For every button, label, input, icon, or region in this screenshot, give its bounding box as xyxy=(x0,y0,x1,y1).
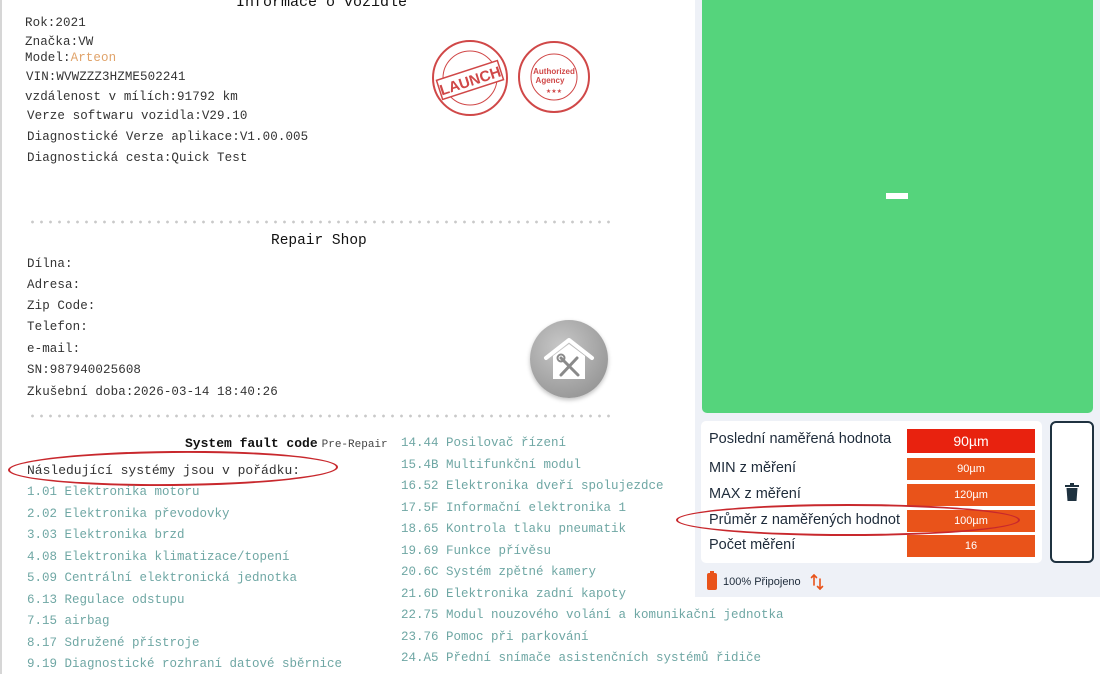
system-list-item: 16.52 Elektronika dveří spolujezdce xyxy=(401,479,664,493)
vehicle-year: Rok:2021 xyxy=(25,16,86,30)
svg-text:Agency: Agency xyxy=(536,76,565,85)
email-field: e-mail: xyxy=(27,342,80,356)
connection-status-text: 100% Připojeno xyxy=(723,576,801,588)
gauge-value-dash xyxy=(886,193,908,199)
house-wrench-icon xyxy=(530,320,608,398)
authorized-agency-icon: Authorized Agency ★★★ xyxy=(520,43,592,115)
stat-label: Průměr z naměřených hodnot xyxy=(709,512,900,528)
phone-field: Telefon: xyxy=(27,320,88,334)
vehicle-distance: vzdálenost v mílích:91792 km xyxy=(25,90,238,104)
diagnostic-path: Diagnostická cesta:Quick Test xyxy=(27,151,247,165)
system-list-item: 15.4B Multifunkční modul xyxy=(401,458,581,472)
system-list-item: 24.A5 Přední snímače asistenčních systém… xyxy=(401,651,761,665)
address-field: Adresa: xyxy=(27,278,80,292)
system-list-item: 19.69 Funkce přívěsu xyxy=(401,544,551,558)
system-list-item: 3.03 Elektronika brzd xyxy=(27,528,185,542)
system-list-item: 8.17 Sdružené přístroje xyxy=(27,636,200,650)
stat-label: MAX z měření xyxy=(709,486,801,502)
gauge-display xyxy=(702,0,1093,413)
vehicle-info-title: Informace o vozidle xyxy=(236,0,407,11)
stat-row-count: Počet měření 16 xyxy=(709,535,1035,559)
repair-shop-title: Repair Shop xyxy=(271,233,367,249)
system-list-item: 9.19 Diagnostické rozhraní datové sběrni… xyxy=(27,657,342,671)
system-list-item: 21.6D Elektronika zadní kapoty xyxy=(401,587,626,601)
system-list-item: 22.75 Modul nouzového volání a komunikač… xyxy=(401,608,784,622)
stat-row-max: MAX z měření 120µm xyxy=(709,484,1035,508)
pre-repair-label: Pre-Repair xyxy=(322,439,388,451)
zip-field: Zip Code: xyxy=(27,299,95,313)
ok-systems-header: Následující systémy jsou v pořádku: xyxy=(27,463,300,478)
serial-number: SN:987940025608 xyxy=(27,363,141,377)
vehicle-vin: VIN:WVWZZZ3HZME502241 xyxy=(26,70,186,84)
system-list-item: 2.02 Elektronika převodovky xyxy=(27,507,230,521)
stat-value: 120µm xyxy=(907,484,1035,506)
system-list-item: 4.08 Elektronika klimatizace/topení xyxy=(27,550,290,564)
stat-value: 90µm xyxy=(907,458,1035,480)
vehicle-model: Model:Arteon xyxy=(25,51,116,65)
system-list-item: 20.6C Systém zpětné kamery xyxy=(401,565,596,579)
system-list-item: 1.01 Elektronika motoru xyxy=(27,485,200,499)
launch-stamp: LAUNCH xyxy=(432,40,508,116)
app-version: Diagnostické Verze aplikace:V1.00.005 xyxy=(27,130,308,144)
stat-label: MIN z měření xyxy=(709,460,796,476)
system-list-item: 18.65 Kontrola tlaku pneumatik xyxy=(401,522,626,536)
stat-label: Poslední naměřená hodnota xyxy=(709,431,891,447)
svg-text:Authorized: Authorized xyxy=(533,67,575,76)
system-list-item: 23.76 Pomoc při parkování xyxy=(401,630,589,644)
separator xyxy=(28,220,613,224)
measurement-stats-card: Poslední naměřená hodnota 90µm MIN z měř… xyxy=(701,421,1042,563)
separator xyxy=(28,414,613,418)
workshop-field: Dílna: xyxy=(27,257,73,271)
system-list-item: 17.5F Informační elektronika 1 xyxy=(401,501,626,515)
repair-shop-button[interactable] xyxy=(530,320,608,398)
system-list-item: 14.44 Posilovač řízení xyxy=(401,436,566,450)
svg-text:★★★: ★★★ xyxy=(546,88,562,95)
system-list-item: 7.15 airbag xyxy=(27,614,110,628)
diagnostic-report: Informace o vozidle Rok:2021 Značka:VW M… xyxy=(0,0,700,674)
system-list-item: 6.13 Regulace odstupu xyxy=(27,593,185,607)
stat-value: 90µm xyxy=(907,429,1035,453)
vehicle-brand: Značka:VW xyxy=(25,35,93,49)
data-transfer-icon xyxy=(810,573,824,591)
system-list-item: 5.09 Centrální elektronická jednotka xyxy=(27,571,297,585)
authorized-agency-stamp: Authorized Agency ★★★ xyxy=(518,41,590,113)
launch-stamp-icon: LAUNCH xyxy=(434,42,510,118)
stat-value: 100µm xyxy=(907,510,1035,532)
delete-measurements-button[interactable] xyxy=(1050,421,1094,563)
model-label: Model: xyxy=(25,51,71,65)
fault-code-title: System fault codePre-Repair xyxy=(185,436,388,451)
stat-row-last: Poslední naměřená hodnota 90µm xyxy=(709,429,1035,453)
vehicle-software-version: Verze softwaru vozidla:V29.10 xyxy=(27,109,247,123)
trash-icon xyxy=(1065,483,1079,501)
test-time: Zkušební doba:2026-03-14 18:40:26 xyxy=(27,385,278,399)
stat-row-average: Průměr z naměřených hodnot 100µm xyxy=(709,510,1035,534)
stat-label: Počet měření xyxy=(709,537,795,553)
model-value: Arteon xyxy=(71,51,117,65)
stat-row-min: MIN z měření 90µm xyxy=(709,458,1035,482)
battery-icon xyxy=(707,573,717,590)
fault-code-title-text: System fault code xyxy=(185,436,318,451)
stat-value: 16 xyxy=(907,535,1035,557)
